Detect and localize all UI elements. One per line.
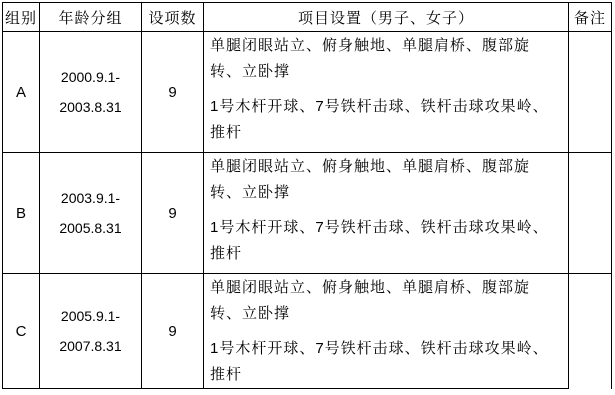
events-cell: 单腿闭眼站立、俯身触地、单腿肩桥、腹部旋 转、立卧撑 1号木杆开球、7号铁杆击球… bbox=[204, 153, 569, 274]
age-range-cell: 2005.9.1- 2007.8.31 bbox=[40, 274, 142, 389]
column-header-count: 设项数 bbox=[142, 3, 204, 32]
remark-cell bbox=[569, 32, 612, 153]
events-cell: 单腿闭眼站立、俯身触地、单腿肩桥、腹部旋 转、立卧撑 1号木杆开球、7号铁杆击球… bbox=[204, 274, 569, 389]
remark-cell bbox=[569, 274, 612, 389]
events-cell: 单腿闭眼站立、俯身触地、单腿肩桥、腹部旋 转、立卧撑 1号木杆开球、7号铁杆击球… bbox=[204, 32, 569, 153]
group-cell: A bbox=[3, 32, 40, 153]
header-row: 组别 年龄分组 设项数 项目设置（男子、女子） 备注 bbox=[3, 3, 612, 32]
column-header-group: 组别 bbox=[3, 3, 40, 32]
age-range-cell: 2003.9.1- 2005.8.31 bbox=[40, 153, 142, 274]
group-cell: B bbox=[3, 153, 40, 274]
age-range-cell: 2000.9.1- 2003.8.31 bbox=[40, 32, 142, 153]
table-row-group-c: C 2005.9.1- 2007.8.31 9 单腿闭眼站立、俯身触地、单腿肩桥… bbox=[3, 274, 612, 389]
fitness-events-text: 单腿闭眼站立、俯身触地、单腿肩桥、腹部旋 转、立卧撑 bbox=[210, 154, 564, 206]
fitness-events-text: 单腿闭眼站立、俯身触地、单腿肩桥、腹部旋 转、立卧撑 bbox=[210, 33, 564, 85]
golf-events-text: 1号木杆开球、7号铁杆击球、铁杆击球攻果岭、 推杆 bbox=[210, 215, 564, 267]
remark-cell bbox=[569, 153, 612, 274]
column-header-age: 年龄分组 bbox=[40, 3, 142, 32]
column-header-remark: 备注 bbox=[569, 3, 612, 32]
age-group-events-table: 组别 年龄分组 设项数 项目设置（男子、女子） 备注 A 2000.9.1- 2… bbox=[2, 2, 612, 389]
event-count-cell: 9 bbox=[142, 32, 204, 153]
table-row-group-b: B 2003.9.1- 2005.8.31 9 单腿闭眼站立、俯身触地、单腿肩桥… bbox=[3, 153, 612, 274]
column-header-events: 项目设置（男子、女子） bbox=[204, 3, 569, 32]
group-cell: C bbox=[3, 274, 40, 389]
event-count-cell: 9 bbox=[142, 274, 204, 389]
event-count-cell: 9 bbox=[142, 153, 204, 274]
table-row-group-a: A 2000.9.1- 2003.8.31 9 单腿闭眼站立、俯身触地、单腿肩桥… bbox=[3, 32, 612, 153]
golf-events-text: 1号木杆开球、7号铁杆击球、铁杆击球攻果岭、 推杆 bbox=[210, 336, 564, 388]
golf-events-text: 1号木杆开球、7号铁杆击球、铁杆击球攻果岭、 推杆 bbox=[210, 94, 564, 146]
fitness-events-text: 单腿闭眼站立、俯身触地、单腿肩桥、腹部旋 转、立卧撑 bbox=[210, 275, 564, 327]
